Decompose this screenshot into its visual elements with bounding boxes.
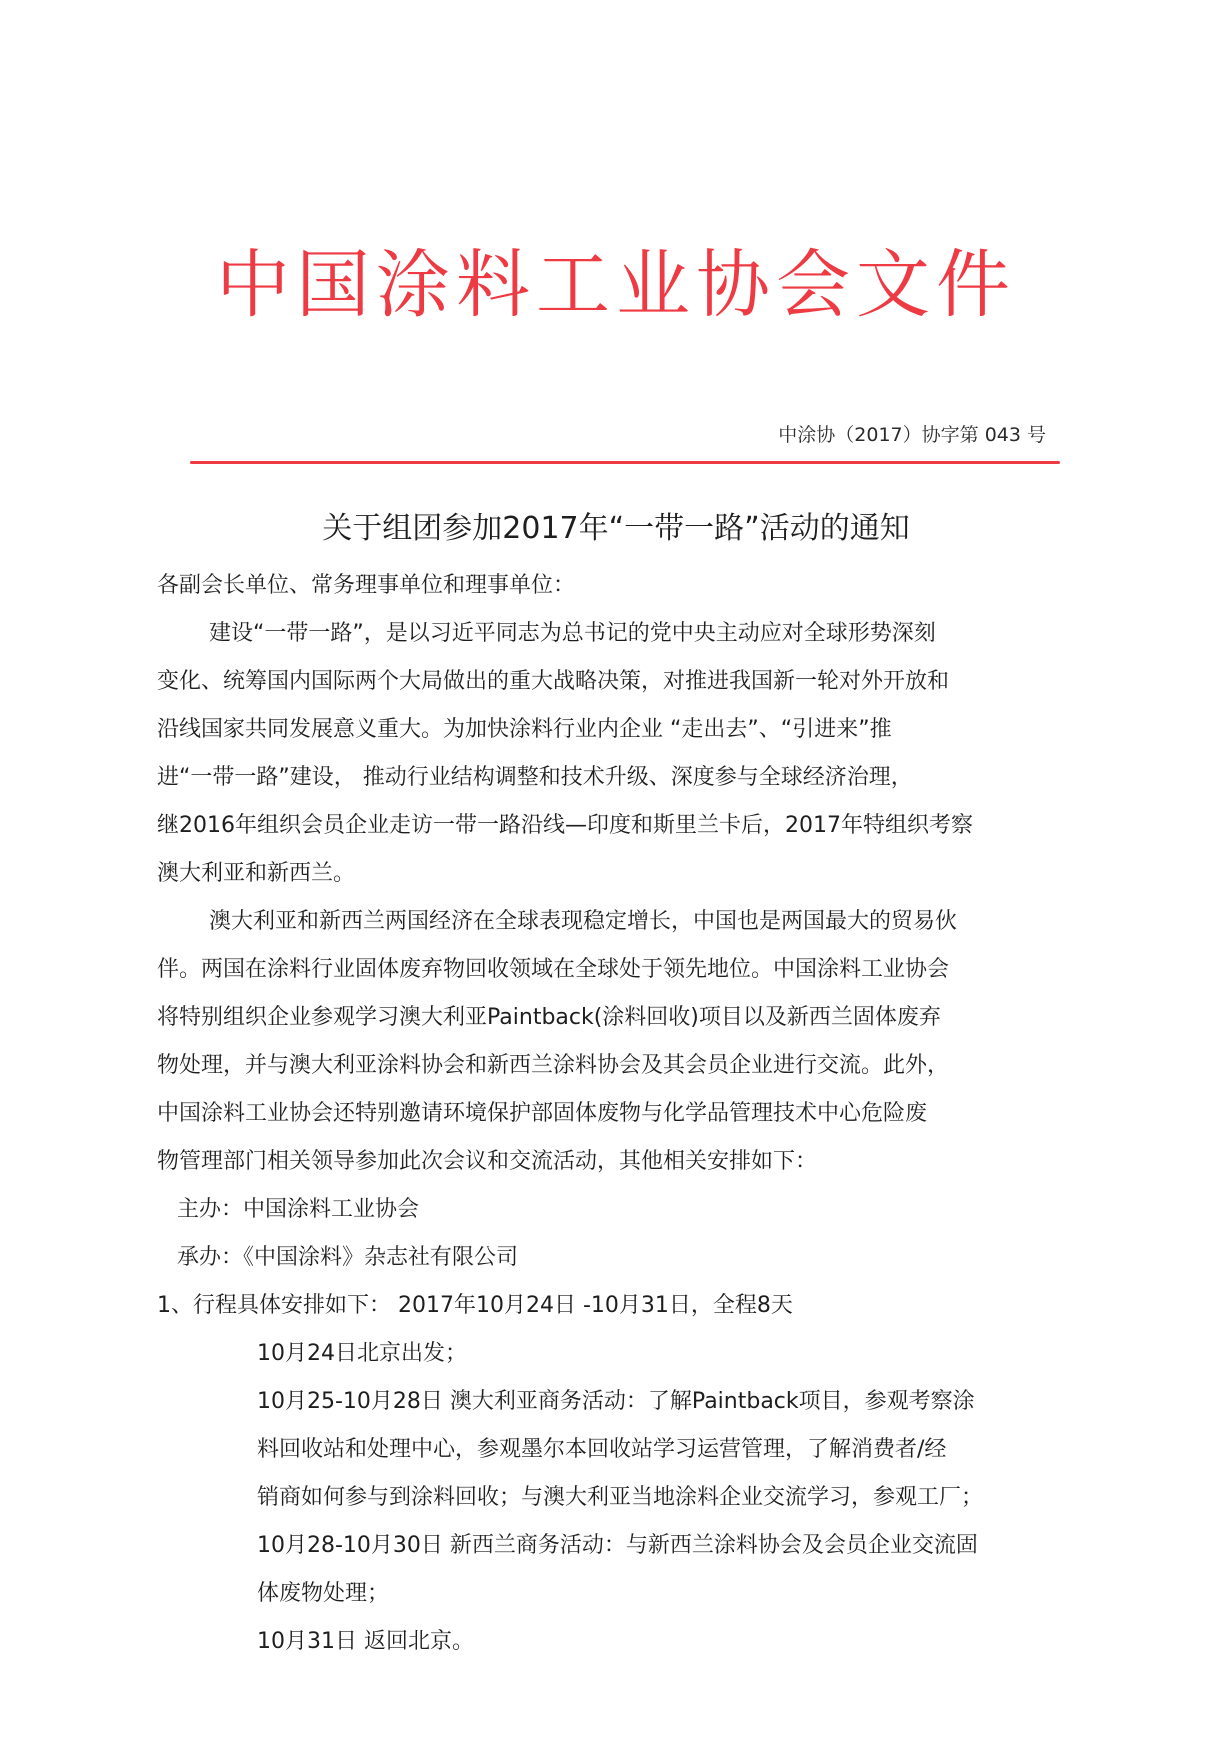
paragraph-line: 变化、统筹国内国际两个大局做出的重大战略决策，对推进我国新一轮对外开放和 [157,658,1057,706]
schedule-item: 10月31日 返回北京。 [157,1618,1057,1666]
co-organizer: 承办：《中国涂料》杂志社有限公司 [157,1234,1057,1282]
paragraph-line: 建设“一带一路”，是以习近平同志为总书记的党中央主动应对全球形势深刻 [157,610,1057,658]
red-divider [190,461,1060,464]
schedule-item: 体废物处理； [157,1570,1057,1618]
notice-body: 各副会长单位、常务理事单位和理事单位： 建设“一带一路”，是以习近平同志为总书记… [157,562,1057,1666]
schedule-item: 10月25-10月28日 澳大利亚商务活动：了解Paintback项目，参观考察… [157,1378,1057,1426]
paragraph-line: 澳大利亚和新西兰两国经济在全球表现稳定增长，中国也是两国最大的贸易伙 [157,898,1057,946]
paragraph-line: 沿线国家共同发展意义重大。为加快涂料行业内企业 “走出去”、“引进来”推 [157,706,1057,754]
schedule-item: 销商如何参与到涂料回收；与澳大利亚当地涂料企业交流学习，参观工厂； [157,1474,1057,1522]
paragraph-line: 物处理，并与澳大利亚涂料协会和新西兰涂料协会及其会员企业进行交流。此外， [157,1042,1057,1090]
paragraph-line: 伴。两国在涂料行业固体废弃物回收领域在全球处于领先地位。中国涂料工业协会 [157,946,1057,994]
paragraph-line: 将特别组织企业参观学习澳大利亚Paintback(涂料回收)项目以及新西兰固体废… [157,994,1057,1042]
paragraph-line: 物管理部门相关领导参加此次会议和交流活动，其他相关安排如下： [157,1138,1057,1186]
paragraph-line: 进“一带一路”建设， 推动行业结构调整和技术升级、深度参与全球经济治理， [157,754,1057,802]
itinerary-heading: 1、行程具体安排如下： 2017年10月24日 -10月31日，全程8天 [157,1282,1057,1330]
schedule-item: 料回收站和处理中心，参观墨尔本回收站学习运营管理，了解消费者/经 [157,1426,1057,1474]
document-number: 中涂协（2017）协字第 043 号 [778,420,1046,447]
paragraph-line: 中国涂料工业协会还特别邀请环境保护部固体废物与化学品管理技术中心危险废 [157,1090,1057,1138]
masthead-title: 中国涂料工业协会文件 [0,240,1232,330]
paragraph-line: 继2016年组织会员企业走访一带一路沿线—印度和斯里兰卡后，2017年特组织考察 [157,802,1057,850]
organizer: 主办：中国涂料工业协会 [157,1186,1057,1234]
salutation: 各副会长单位、常务理事单位和理事单位： [157,562,1057,610]
notice-title: 关于组团参加2017年“一带一路”活动的通知 [0,503,1232,547]
schedule-item: 10月28-10月30日 新西兰商务活动：与新西兰涂料协会及会员企业交流固 [157,1522,1057,1570]
paragraph-line: 澳大利亚和新西兰。 [157,850,1057,898]
schedule-item: 10月24日北京出发； [157,1330,1057,1378]
